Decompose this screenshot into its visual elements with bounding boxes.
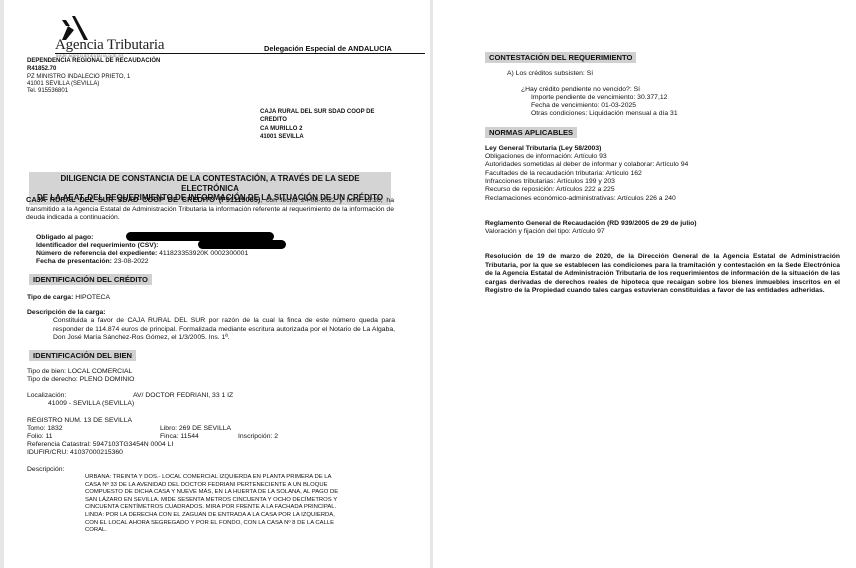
localizacion-city: 41009 - SEVILLA (SEVILLA) [48, 400, 134, 409]
fecha-label: Fecha de presentación: [36, 258, 112, 265]
otras-condiciones: Otras condiciones: Liquidación mensual a… [531, 110, 678, 119]
inscripcion: Inscripción: 2 [238, 433, 278, 442]
sender-code: R41852.70 [27, 65, 56, 73]
descripcion-carga-text: Constituida a favor de CAJA RURAL DEL SU… [53, 317, 395, 343]
section-header-credito: IDENTIFICACIÓN DEL CRÉDITO [29, 274, 152, 285]
csv-label: Identificador del requerimiento (CSV): [36, 242, 158, 249]
tipo-carga-field: Tipo de carga: HIPOTECA [27, 294, 110, 303]
recipient-line: CAJA RURAL DEL SUR SDAD COOP DE [260, 108, 374, 116]
tipo-derecho: Tipo de derecho: PLENO DOMINIO [27, 376, 134, 385]
sender-department: DEPENDENCIA REGIONAL DE RECAUDACIÓN [27, 57, 160, 65]
title-line: DILIGENCIA DE CONSTANCIA DE LA CONTESTAC… [35, 174, 385, 193]
sender-phone: Tel. 915536801 [27, 87, 68, 95]
obligado-label: Obligado al pago: [36, 234, 93, 241]
lgt-item: Recurso de reposición: Artículos 222 a 2… [485, 186, 615, 195]
document-page-2: CONTESTACIÓN DEL REQUERIMIENTO A) Los cr… [433, 0, 856, 568]
idufir: IDUFIR/CRU: 41037000215360 [27, 449, 123, 458]
intro-paragraph: CAJA RURAL DEL SUR SDAD COOP DE CREDITO … [26, 196, 394, 223]
localizacion-address: AV/ DOCTOR FEDRIANI, 33 1 IZ [133, 392, 233, 401]
recipient-line: 41001 SEVILLA [260, 133, 374, 141]
tipo-carga-label: Tipo de carga: [27, 294, 73, 301]
section-header-bien: IDENTIFICACIÓN DEL BIEN [29, 350, 136, 361]
rgr-item: Valoración y fijación del tipo: Artículo… [485, 228, 605, 237]
expediente-value: 411823353920K 0002300001 [159, 250, 248, 257]
logo-name: Agencia Tributaria [55, 37, 164, 54]
delegation-title: Delegación Especial de ANDALUCIA [264, 44, 392, 53]
tipo-carga-value: HIPOTECA [75, 294, 110, 301]
section-header-contestacion: CONTESTACIÓN DEL REQUERIMIENTO [485, 52, 636, 63]
lgt-item: Autoridades sometidas al deber de inform… [485, 161, 688, 170]
lgt-item: Reclamaciones económico-administrativas:… [485, 195, 676, 204]
header-rule [55, 53, 425, 54]
descripcion-bien-text: URBANA: TREINTA Y DOS.- LOCAL COMERCIAL … [85, 474, 343, 535]
document-page-1: Agencia Tributaria sede.agenciatributari… [4, 0, 430, 568]
recipient-line: CA MURILLO 2 [260, 125, 374, 133]
fecha-value: 23-08-2022 [114, 258, 149, 265]
redacted-csv [198, 240, 286, 249]
descripcion-bien-label: Descripción: [27, 466, 64, 475]
section-header-normas: NORMAS APLICABLES [485, 127, 577, 138]
resolucion-paragraph: Resolución de 19 de marzo de 2020, de la… [485, 253, 840, 296]
creditos-subsisten: A) Los créditos subsisten: Sí [507, 70, 593, 79]
fecha-field: Fecha de presentación: 23-08-2022 [36, 258, 149, 267]
recipient-address: CAJA RURAL DEL SUR SDAD COOP DE CREDITO … [260, 108, 374, 142]
intro-entity: CAJA RURAL DEL SUR SDAD COOP DE CREDITO … [26, 195, 260, 204]
recipient-line: CREDITO [260, 116, 374, 124]
expediente-label: Número de referencia del expediente: [36, 250, 157, 257]
